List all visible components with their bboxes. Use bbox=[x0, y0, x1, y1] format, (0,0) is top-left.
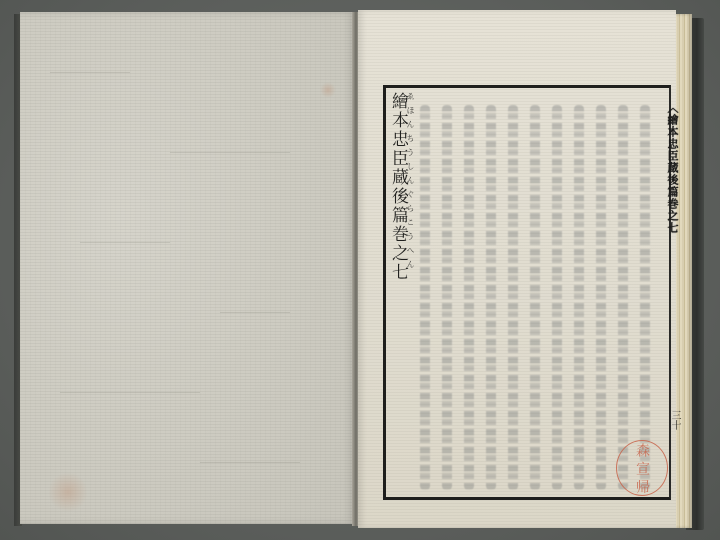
paper-fiber bbox=[50, 72, 130, 73]
paper-fiber bbox=[60, 392, 200, 393]
page-number: 三十 bbox=[667, 410, 682, 430]
bleed-through-column bbox=[574, 105, 584, 490]
left-page-endpaper bbox=[20, 12, 356, 524]
hashira-title: 〈繪本忠臣蔵後篇巻之七 bbox=[666, 102, 679, 234]
bleed-through-column bbox=[640, 105, 650, 490]
bleed-through-column bbox=[596, 105, 606, 490]
paper-stain bbox=[320, 82, 336, 98]
center-margin-hashira: 〈繪本忠臣蔵後篇巻之七 三十 bbox=[666, 80, 680, 510]
paper-fiber bbox=[80, 242, 170, 243]
paper-stain bbox=[48, 472, 88, 512]
red-ownership-seal: 森 宣 帰 bbox=[616, 440, 668, 496]
bleed-through-column bbox=[552, 105, 562, 490]
bleed-through-column bbox=[530, 105, 540, 490]
bleed-through-column bbox=[508, 105, 518, 490]
bleed-through-column bbox=[420, 105, 430, 490]
bleed-through-column bbox=[442, 105, 452, 490]
background: 繪本忠臣蔵後篇巻之七 ゑほんちうしんぐらこうへん 〈繪本忠臣蔵後篇巻之七 三十 … bbox=[0, 0, 720, 540]
bleed-through-column bbox=[464, 105, 474, 490]
paper-fiber bbox=[170, 152, 290, 153]
paper-fiber bbox=[220, 312, 290, 313]
title-furigana: ゑほんちうしんぐらこうへん bbox=[405, 92, 416, 274]
paper-fiber bbox=[200, 462, 300, 463]
right-page-printed: 繪本忠臣蔵後篇巻之七 ゑほんちうしんぐらこうへん 〈繪本忠臣蔵後篇巻之七 三十 … bbox=[358, 10, 676, 528]
bleed-through-column bbox=[618, 105, 628, 490]
bleed-through-column bbox=[486, 105, 496, 490]
